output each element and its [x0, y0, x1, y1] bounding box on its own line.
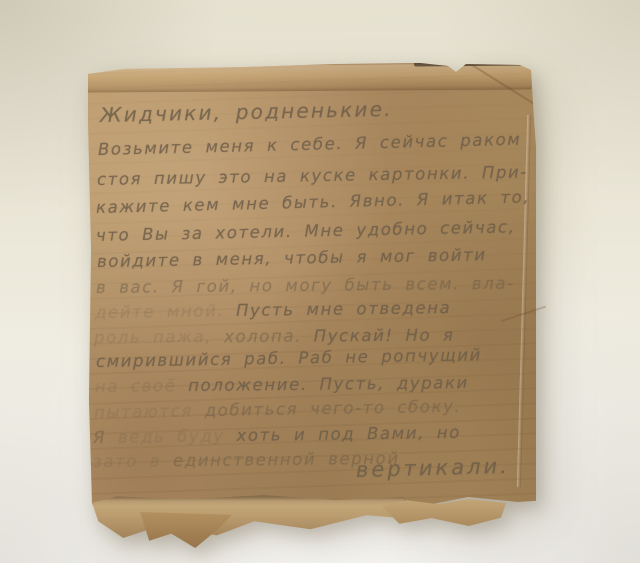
- note-line-segment: что Вы за хотели. Мне удобно сейчас,: [96, 217, 516, 245]
- note-line: Жидчики, родненькие.: [100, 97, 393, 127]
- note-line-segment: положение. Пусть, дураки: [176, 373, 469, 395]
- note-line-segment: смирившийся раб. Раб не ропчущий: [96, 345, 482, 371]
- note-line: роль пажа, холопа. Пускай! Но я: [94, 325, 455, 347]
- note-line-segment: дейте мной.: [95, 301, 224, 322]
- note-line: что Вы за хотели. Мне удобно сейчас,: [96, 217, 516, 245]
- note-line-segment: стоя пишу это на куске картонки. При-: [97, 162, 528, 189]
- note-line: войдите в меня, чтобы я мог войти: [97, 245, 487, 271]
- note-line-segment: холопа.: [212, 327, 302, 347]
- note-line-segment: зато в: [93, 451, 161, 471]
- note-line-segment: кажите кем мне быть. Явно. Я итак то,: [96, 187, 531, 217]
- note-text: Жидчики, родненькие.Возьмите меня к себе…: [84, 60, 536, 515]
- note-line-segment: Пускай! Но я: [302, 325, 455, 345]
- note-line-segment: роль пажа,: [94, 327, 212, 347]
- note-line: стоя пишу это на куске картонки. При-: [97, 162, 528, 189]
- note-line-segment: Возьмите меня к себе. Я сейчас раком: [98, 130, 522, 159]
- note-line: вертикали.: [356, 454, 510, 482]
- note-line-segment: войдите в меня, чтобы я мог войти: [97, 245, 487, 271]
- note-line: дейте мной. Пусть мне отведена: [95, 298, 452, 322]
- torn-edge-piece: [382, 498, 506, 526]
- note-line: Возьмите меня к себе. Я сейчас раком: [98, 130, 522, 159]
- note-line-segment: хоть и под Вами, но: [225, 423, 461, 445]
- note-line-segment: в вас. Я гой, но могу быть всем. вла-: [96, 274, 515, 297]
- torn-edge-piece: [92, 494, 404, 538]
- note-line: смирившийся раб. Раб не ропчущий: [96, 345, 482, 371]
- cardboard-surface: Жидчики, родненькие.Возьмите меня к себе…: [84, 60, 536, 515]
- note-line: в вас. Я гой, но могу быть всем. вла-: [96, 274, 515, 297]
- cardboard-note: Жидчики, родненькие.Возьмите меня к себе…: [84, 60, 558, 552]
- note-line-segment: ведь буду: [106, 426, 225, 447]
- note-line: зато в единственной верной: [93, 449, 400, 471]
- photo-of-cardboard-note: Жидчики, родненькие.Возьмите меня к себе…: [0, 0, 640, 563]
- note-line-segment: на своё: [95, 376, 177, 396]
- note-line-segment: добиться чего-то сбоку.: [193, 397, 462, 421]
- note-line-segment: вертикали.: [356, 454, 510, 482]
- note-line: пытаются добиться чего-то сбоку.: [94, 397, 462, 422]
- note-line: кажите кем мне быть. Явно. Я итак то,: [96, 187, 531, 217]
- note-line-segment: пытаются: [94, 401, 193, 422]
- note-line: на своё положение. Пусть, дураки: [95, 373, 469, 396]
- note-line: Я ведь буду хоть и под Вами, но: [93, 423, 461, 447]
- note-line-segment: Пусть мне отведена: [224, 298, 451, 320]
- note-line-segment: Жидчики, родненькие.: [100, 97, 393, 127]
- note-line-segment: Я: [93, 428, 106, 447]
